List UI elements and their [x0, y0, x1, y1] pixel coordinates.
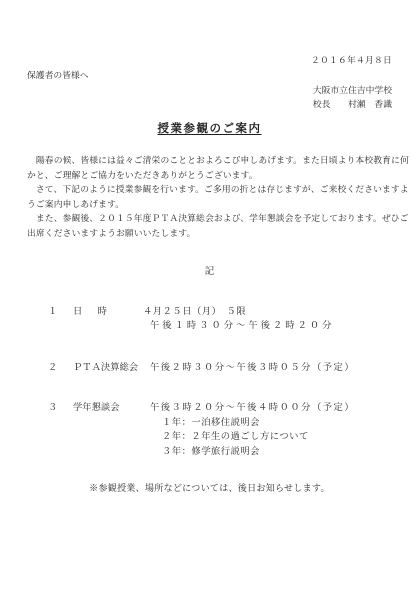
document-title: 授業参観のご案内	[27, 121, 392, 137]
document-page: ２０１６年４月８日 保護者の皆様へ 大阪市立住吉中学校 校長 村瀬 香識 授業参…	[0, 0, 420, 594]
record-marker: 記	[27, 265, 392, 280]
paragraph-1-line-2: かと、ご理解とご協力をいただきありがとうございます。	[27, 168, 392, 183]
paragraph-2-line-2: うご案内申しあげます。	[27, 197, 392, 212]
item-datetime-time-range: 午後１時３０分～午後２時２０分	[150, 319, 392, 334]
item-number: ２	[48, 361, 73, 376]
item-value: ４月２５日（月） ５限	[143, 305, 246, 320]
school-name: 大阪市立住吉中学校	[27, 83, 392, 97]
recipient-line: 保護者の皆様へ	[27, 69, 392, 81]
item-label: ＰＴＡ決算総会	[73, 363, 138, 373]
paragraph-1-line-1: 陽春の候、皆様には益々ご清栄のこととおよろこび申しあげます。また日頃より本校教育…	[27, 153, 392, 168]
item-label: 日 時	[73, 307, 110, 317]
item-grade2-topic: ２年：２年生の過ごし方について	[162, 430, 392, 445]
item-grade-meeting: ３学年懇談会 午後３時２０分～午後４時００分（予定） １年：一泊移住説明会 ２年…	[27, 401, 392, 459]
footnote: ※参観授業、場所などについては、後日お知らせします。	[27, 482, 392, 495]
principal-name: 校長 村瀬 香識	[27, 97, 392, 111]
item-value: 午後２時３０分～午後３時０５分（予定）	[150, 361, 355, 376]
paragraph-3-line-2: 出席くださいますようお願いいたします。	[27, 226, 392, 241]
item-pta-meeting-head: ２ＰＴＡ決算総会 午後２時３０分～午後３時０５分（予定）	[48, 361, 392, 376]
paragraph-3-line-1: また、参観後、２０１５年度ＰＴＡ決算総会および、学年懇談会を予定しております。ぜ…	[27, 211, 392, 226]
item-number: ３	[48, 401, 73, 416]
sender-block: 大阪市立住吉中学校 校長 村瀬 香識	[27, 83, 392, 111]
document-title-text: 授業参観のご案内	[158, 123, 262, 135]
item-value: 午後３時２０分～午後４時００分（予定）	[150, 401, 355, 416]
item-grade1-topic: １年：一泊移住説明会	[162, 416, 392, 431]
item-grade-meeting-head: ３学年懇談会 午後３時２０分～午後４時００分（予定）	[48, 401, 392, 416]
item-number: １	[48, 305, 73, 320]
item-pta-meeting: ２ＰＴＡ決算総会 午後２時３０分～午後３時０５分（予定）	[27, 361, 392, 376]
item-label: 学年懇談会	[73, 403, 120, 413]
item-datetime-head: １日 時 ４月２５日（月） ５限	[48, 305, 392, 320]
body-paragraphs: 陽春の候、皆様には益々ご清栄のこととおよろこび申しあげます。また日頃より本校教育…	[27, 153, 392, 240]
document-date: ２０１６年４月８日	[27, 54, 392, 66]
item-datetime: １日 時 ４月２５日（月） ５限 午後１時３０分～午後２時２０分	[27, 305, 392, 334]
paragraph-2-line-1: さて、下記のように授業参観を行います。ご多用の折とは存じますが、ご来校くださいま…	[27, 182, 392, 197]
item-grade3-topic: ３年：修学旅行説明会	[162, 445, 392, 460]
items-list: １日 時 ４月２５日（月） ５限 午後１時３０分～午後２時２０分 ２ＰＴＡ決算総…	[27, 305, 392, 460]
